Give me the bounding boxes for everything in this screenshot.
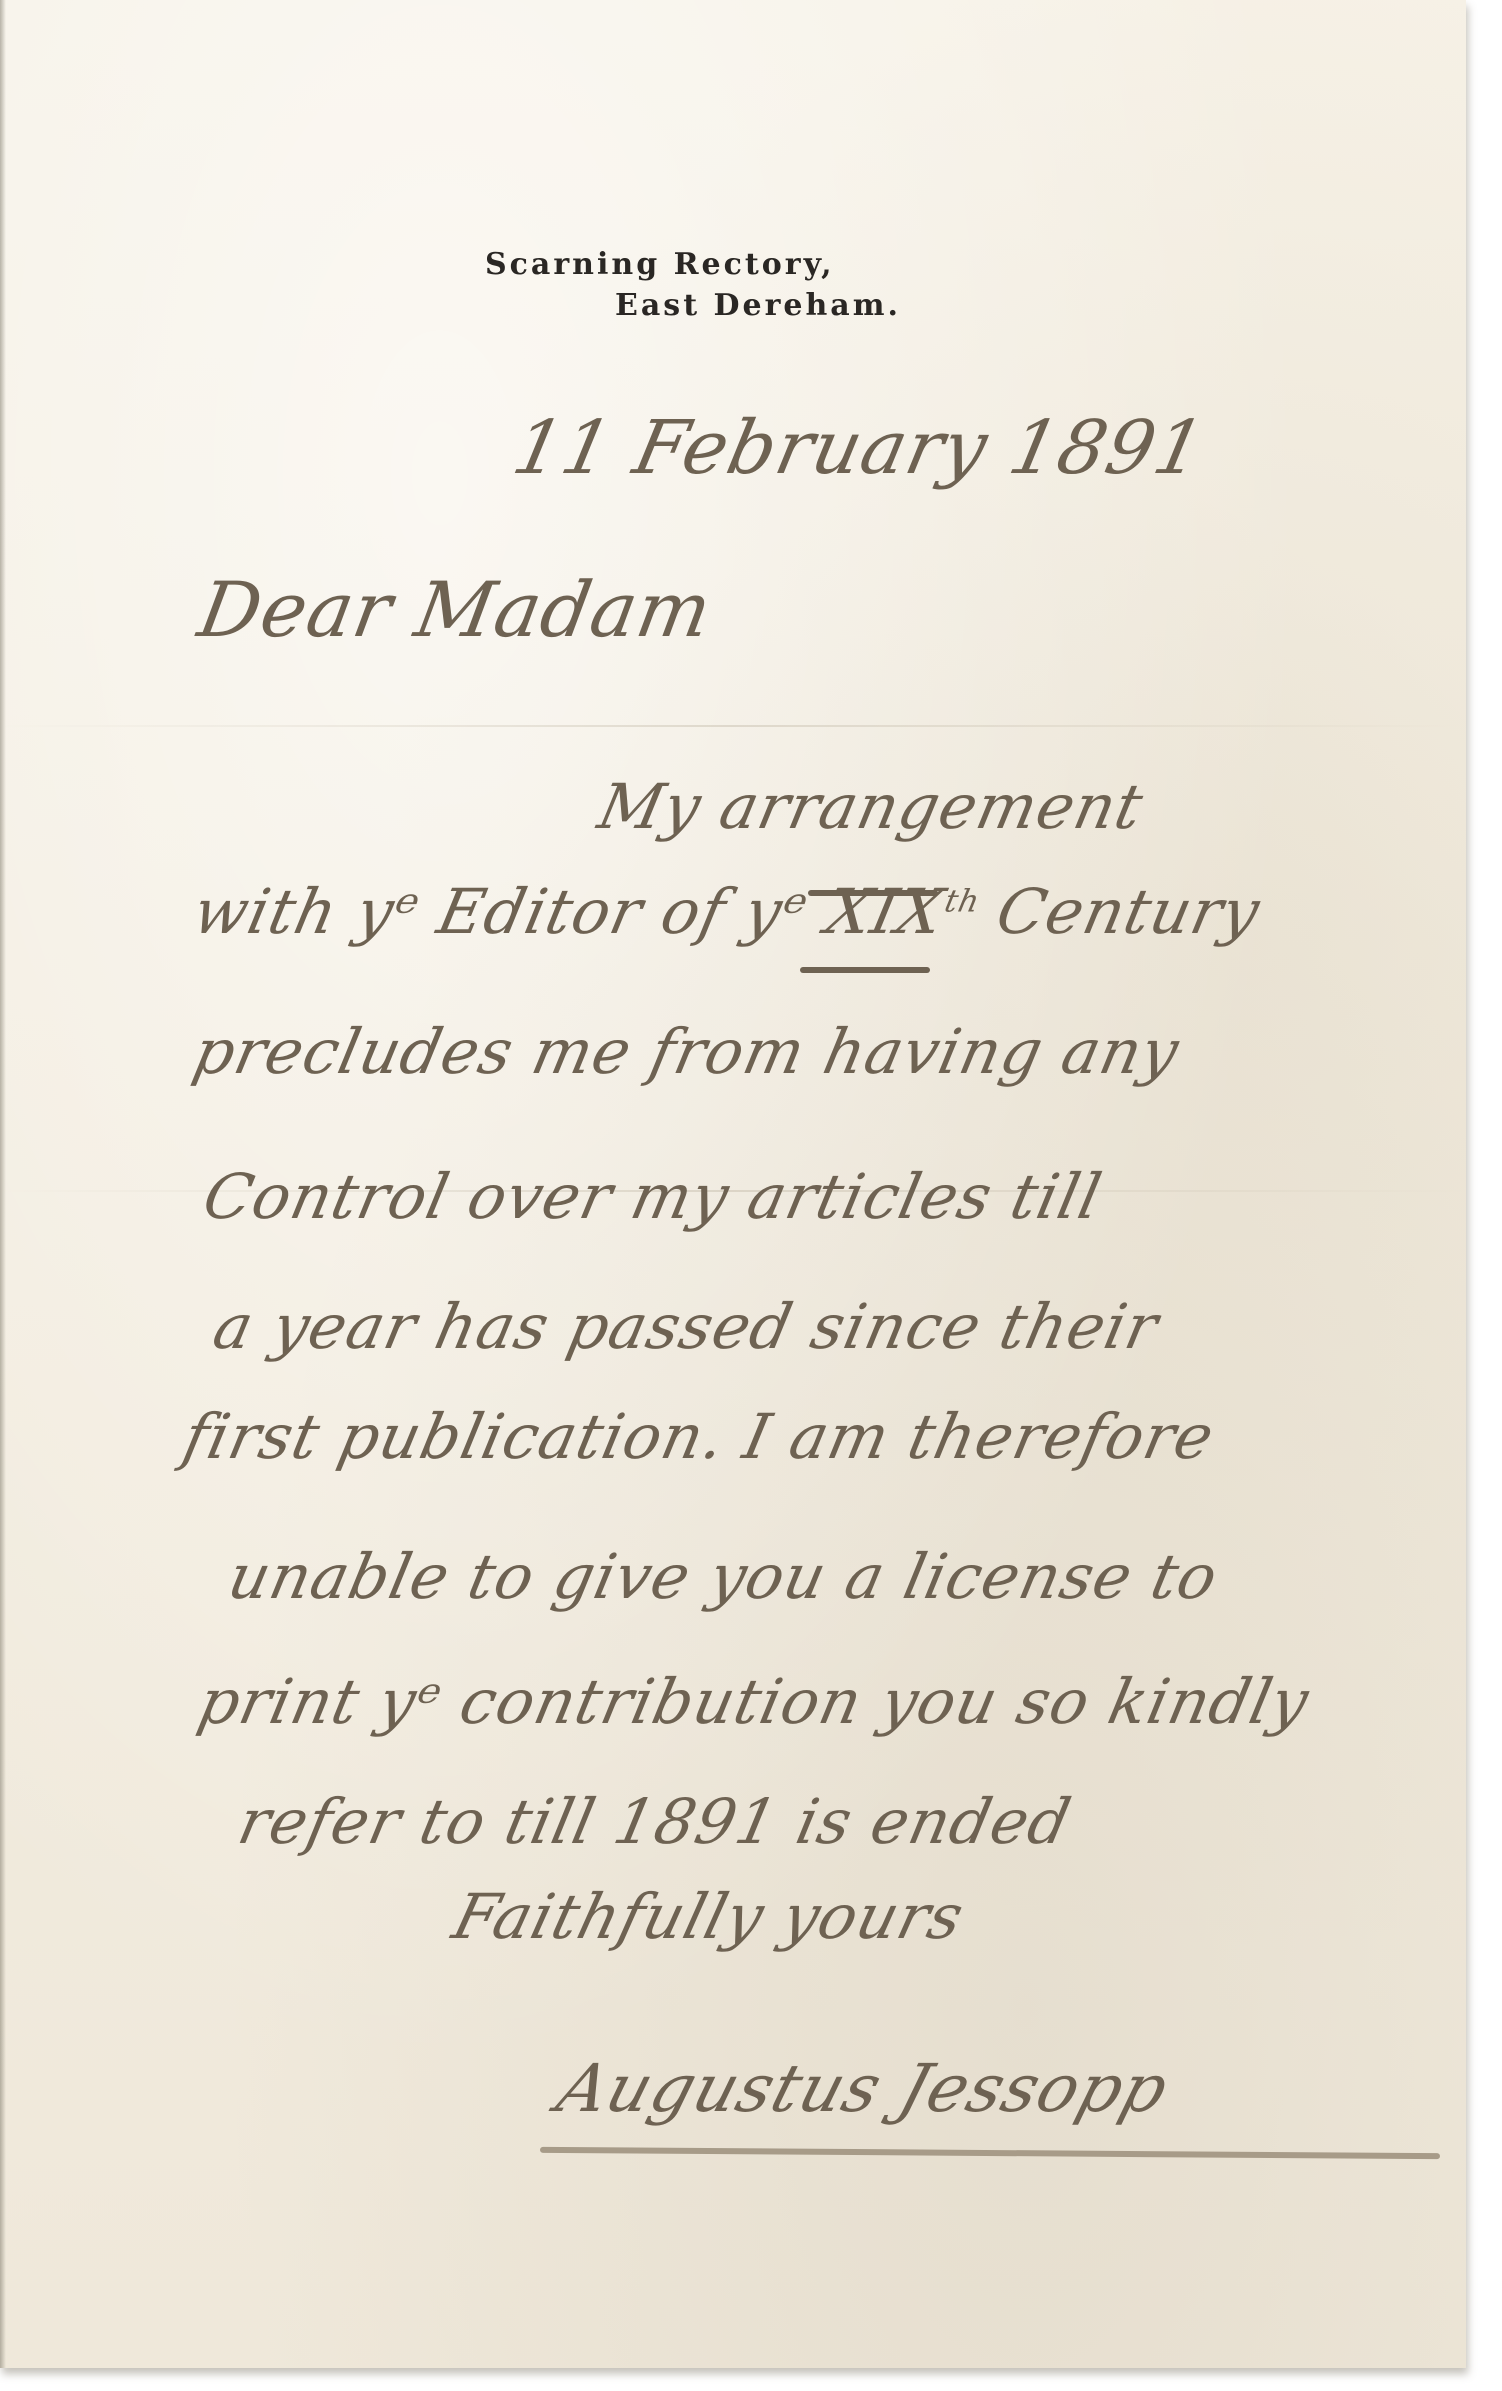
paper-fold-line: [0, 725, 1466, 727]
body-line: refer to till 1891 is ended: [232, 1785, 1077, 1858]
body-line-tail: Century: [990, 875, 1266, 948]
letterhead-line-1: Scarning Rectory,: [485, 245, 901, 286]
signature-underline: [540, 2147, 1440, 2159]
paper-edge-shadow: [0, 0, 6, 2368]
signature: Augustus Jessopp: [549, 2050, 1177, 2127]
letterhead: Scarning Rectory, East Dereham.: [485, 245, 901, 326]
letter-date: 11 February 1891: [506, 405, 1213, 491]
body-line: unable to give you a license to: [222, 1540, 1224, 1613]
ordinal-suffix: th: [941, 883, 983, 919]
letterhead-line-2: East Dereham.: [485, 286, 901, 327]
letter-paper: Scarning Rectory, East Dereham. 11 Febru…: [0, 0, 1466, 2368]
body-line: print yᵉ contribution you so kindly: [192, 1665, 1315, 1738]
body-line: precludes me from having any: [187, 1015, 1186, 1088]
body-line: with yᵉ Editor of yᵉ XIXth Century: [187, 875, 1266, 948]
body-line: a year has passed since their: [207, 1290, 1165, 1363]
body-line: first publication. I am therefore: [177, 1400, 1221, 1473]
salutation: Dear Madam: [192, 565, 719, 654]
body-line: Control over my articles till: [197, 1160, 1108, 1233]
closing: Faithfully yours: [446, 1880, 972, 1953]
body-line-text: with yᵉ Editor of yᵉ XIX: [187, 875, 951, 948]
xix-underline: [800, 967, 930, 973]
xix-overline: [808, 890, 938, 896]
body-line: My arrangement: [592, 770, 1150, 843]
